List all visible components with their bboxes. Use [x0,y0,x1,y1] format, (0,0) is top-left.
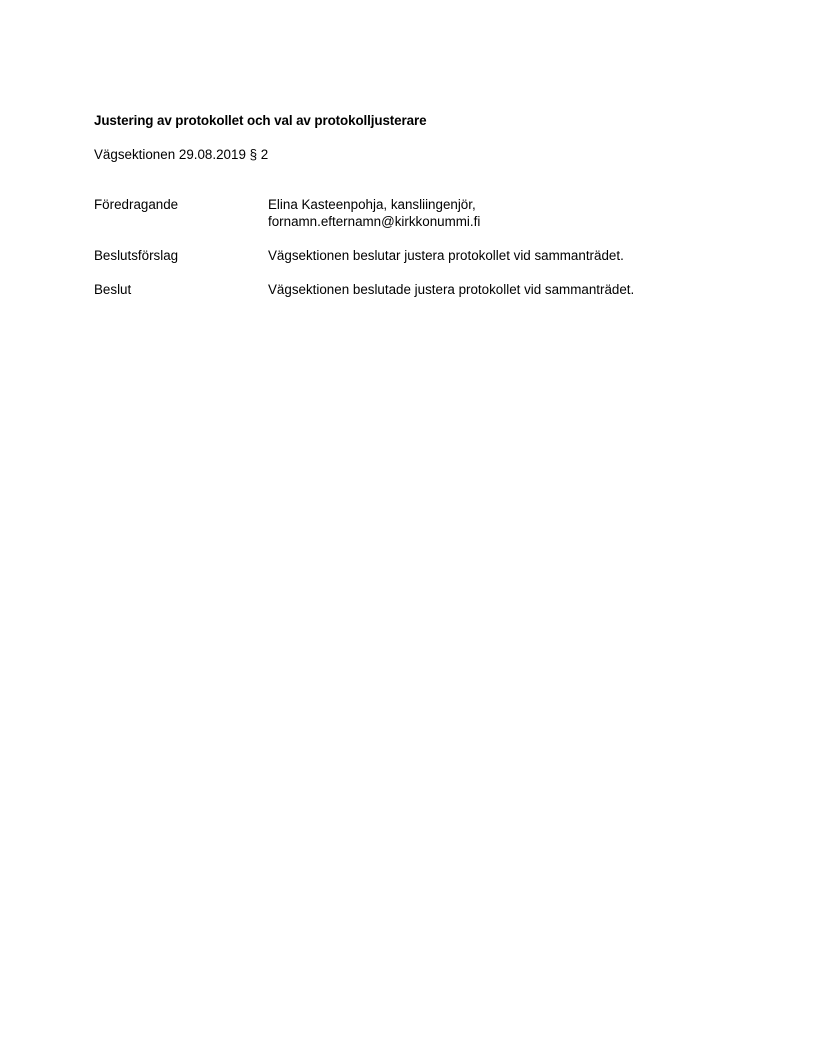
decision-value: Vägsektionen beslutade justera protokoll… [268,281,634,298]
presenter-value: Elina Kasteenpohja, kansliingenjör, forn… [268,196,480,230]
decision-label: Beslut [94,281,131,298]
presenter-email: fornamn.efternamn@kirkkonummi.fi [268,213,480,230]
section-reference: Vägsektionen 29.08.2019 § 2 [94,147,268,162]
proposal-value: Vägsektionen beslutar justera protokolle… [268,247,624,264]
document-title: Justering av protokollet och val av prot… [94,113,426,128]
presenter-label: Föredragande [94,196,178,213]
document-page: Justering av protokollet och val av prot… [0,0,816,1056]
proposal-label: Beslutsförslag [94,247,178,264]
presenter-name: Elina Kasteenpohja, kansliingenjör, [268,196,480,213]
